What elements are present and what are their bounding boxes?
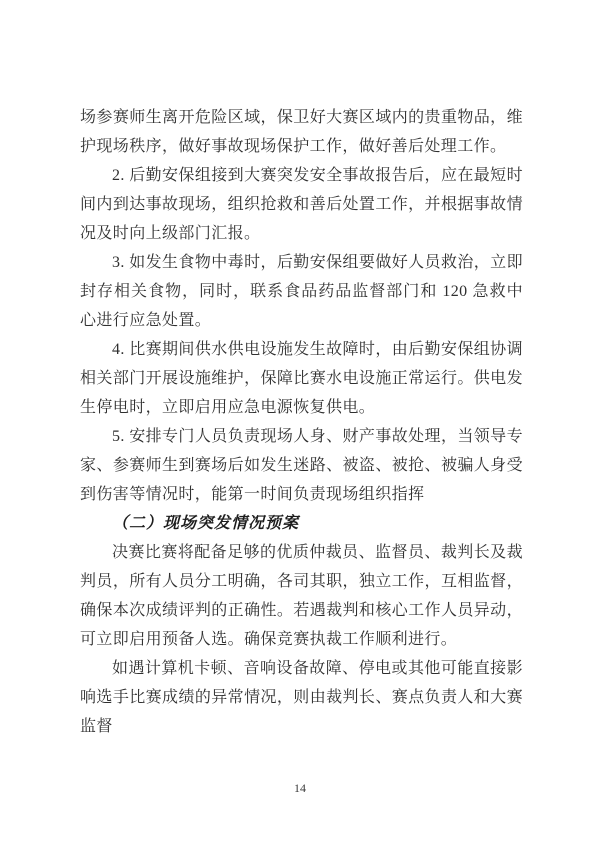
section-heading: （二）现场突发情况预案 [80, 509, 523, 538]
paragraph-item-2: 2. 后勤安保组接到大赛突发安全事故报告后，应在最短时间内到达事故现场，组织抢救… [80, 161, 523, 248]
document-text-block: 场参赛师生离开危险区域，保卫好大赛区域内的贵重物品，维护现场秩序，做好事故现场保… [80, 103, 523, 741]
paragraph-continuation: 场参赛师生离开危险区域，保卫好大赛区域内的贵重物品，维护现场秩序，做好事故现场保… [80, 103, 523, 161]
paragraph-item-4: 4. 比赛期间供水供电设施发生故障时，由后勤安保组协调相关部门开展设施维护，保障… [80, 335, 523, 422]
paragraph-equipment-failure: 如遇计算机卡顿、音响设备故障、停电或其他可能直接影响选手比赛成绩的异常情况，则由… [80, 654, 523, 741]
paragraph-item-5: 5. 安排专门人员负责现场人身、财产事故处理，当领导专家、参赛师生到赛场后如发生… [80, 422, 523, 509]
paragraph-item-3: 3. 如发生食物中毒时，后勤安保组要做好人员救治，立即封存相关食物，同时，联系食… [80, 248, 523, 335]
document-page: 场参赛师生离开危险区域，保卫好大赛区域内的贵重物品，维护现场秩序，做好事故现场保… [0, 0, 600, 849]
page-number: 14 [0, 781, 600, 796]
paragraph-judges: 决赛比赛将配备足够的优质仲裁员、监督员、裁判长及裁判员，所有人员分工明确，各司其… [80, 538, 523, 654]
